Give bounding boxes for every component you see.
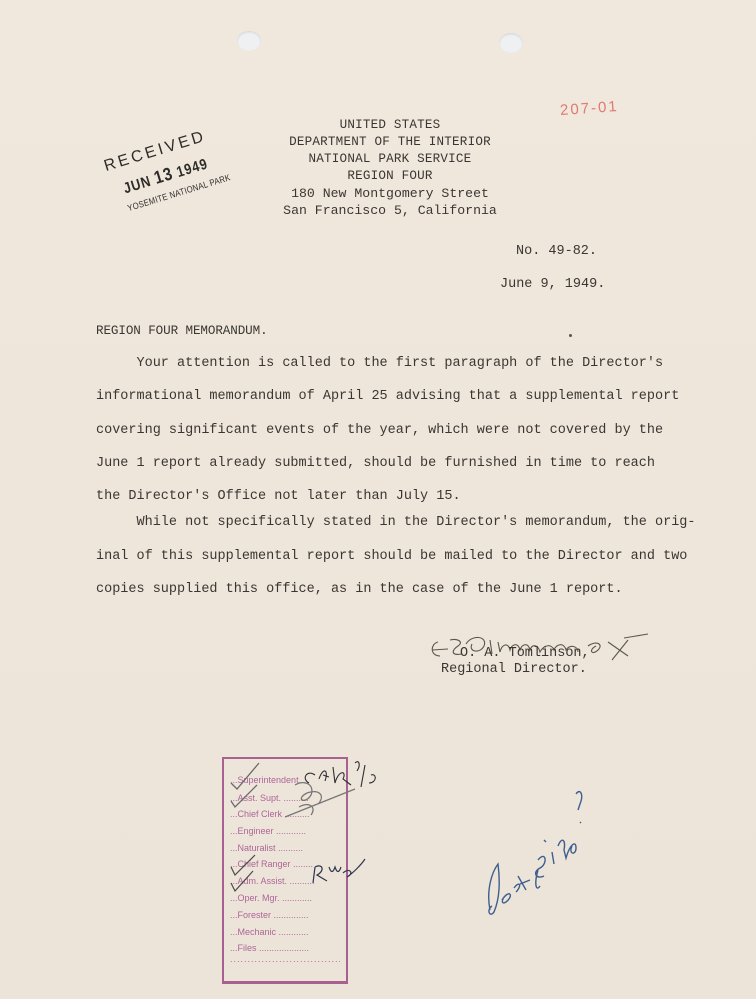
paragraph-line: copies supplied this office, as in the c… xyxy=(96,582,623,597)
received-month: JUN xyxy=(121,173,153,197)
letterhead-address: 180 New Montgomery Street xyxy=(270,185,510,202)
received-year: 1949 xyxy=(175,155,210,181)
letterhead-line: REGION FOUR xyxy=(270,168,510,185)
signer-title: Regional Director. xyxy=(441,662,587,677)
letterhead: UNITED STATES DEPARTMENT OF THE INTERIOR… xyxy=(270,117,510,219)
received-stamp: RECEIVED JUN 13 1949 YOSEMITE NATIONAL P… xyxy=(88,93,273,245)
paragraph-line: June 1 report already submitted, should … xyxy=(96,456,655,471)
memo-date: June 9, 1949. xyxy=(500,277,605,292)
checkmark-icon xyxy=(231,763,259,789)
received-day: 13 xyxy=(152,163,176,188)
routing-blank-line: .................................. xyxy=(230,954,340,964)
letterhead-line: NATIONAL PARK SERVICE xyxy=(270,151,510,168)
letterhead-line: DEPARTMENT OF THE INTERIOR xyxy=(270,134,510,151)
routing-item-mechanic: ...Mechanic ............ xyxy=(230,927,340,937)
paragraph-line: informational memorandum of April 25 adv… xyxy=(96,389,679,404)
punch-hole-right xyxy=(499,33,523,53)
paragraph-line: inal of this supplemental report should … xyxy=(96,549,687,564)
checkmark-icon xyxy=(231,785,257,807)
routing-item-files: ...Files .................... xyxy=(230,943,340,953)
paragraph-line: the Director's Office not later than Jul… xyxy=(96,489,461,504)
memo-title: REGION FOUR MEMORANDUM. xyxy=(96,324,268,338)
memo-page: UNITED STATES DEPARTMENT OF THE INTERIOR… xyxy=(0,0,756,999)
routing-annotations xyxy=(215,755,385,905)
handwritten-note-jost-file: Jost file? xyxy=(480,780,590,920)
letterhead-city: San Francisco 5, California xyxy=(270,202,510,219)
paragraph-line: covering significant events of the year,… xyxy=(96,423,663,438)
routing-item-forester: ...Forester .............. xyxy=(230,910,340,920)
punch-hole-left xyxy=(237,31,261,51)
letterhead-line: UNITED STATES xyxy=(270,117,510,134)
paragraph-line: While not specifically stated in the Dir… xyxy=(96,515,696,530)
file-number-handwritten: 207-01 xyxy=(559,98,619,119)
signer-name: O. A. Tomlinson, xyxy=(460,646,590,661)
stray-mark xyxy=(569,334,572,337)
memo-number: No. 49-82. xyxy=(516,244,597,259)
paragraph-line: Your attention is called to the first pa… xyxy=(96,356,663,371)
